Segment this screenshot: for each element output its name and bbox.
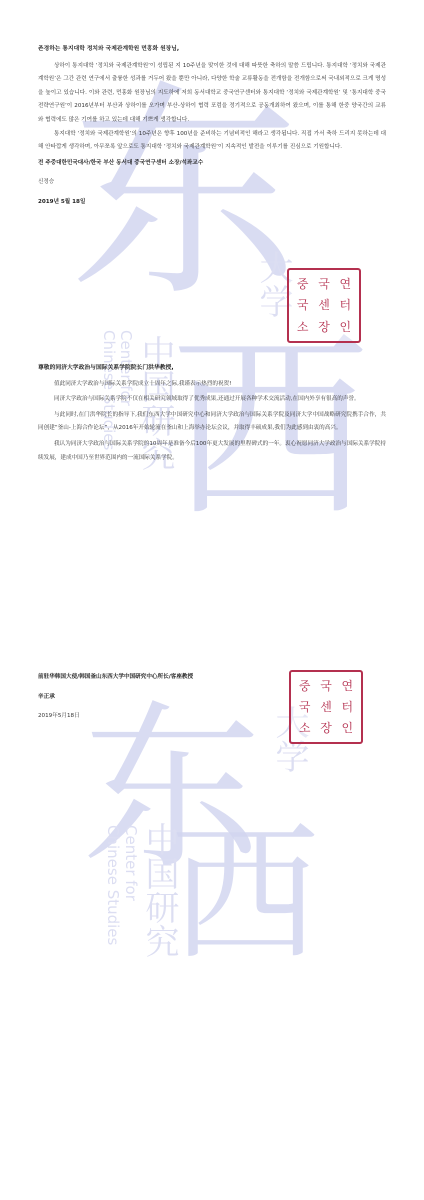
- seal-char: 국: [313, 273, 334, 295]
- seal-char: 센: [313, 295, 334, 317]
- seal-char: 국: [292, 295, 313, 317]
- chinese-letter: 尊敬的同济大学政治与国际关系学院院长门洪华教授, 值此同济大学政治与国际关系学院…: [38, 362, 386, 465]
- chinese-paragraph-3: 与此同时,在门洪华院长的指导下,我们东西大学中国研究中心和同济大学政治与国际关系…: [38, 409, 386, 436]
- letter-document: 존경하는 통지대학 정치와 국제관계학원 먼홍화 원장님, 상하이 통지대학 ‘…: [0, 0, 424, 1200]
- seal-char: 중: [294, 675, 315, 696]
- korean-salutation: 존경하는 통지대학 정치와 국제관계학원 먼홍화 원장님,: [38, 43, 386, 57]
- korean-date: 2019년 5월 18일: [38, 197, 386, 207]
- chinese-paragraph-4: 我认为同济大学政治与国际关系学院的10周年是准备今后100年更大发展的里程碑式的…: [38, 438, 386, 465]
- seal-stamp-1: 중 국 연 국 센 터 소 장 인: [287, 268, 361, 343]
- seal-char: 인: [335, 316, 356, 338]
- seal-char: 장: [315, 718, 336, 739]
- seal-char: 중: [292, 273, 313, 295]
- korean-signature-name: 신정승: [38, 177, 386, 187]
- seal-char: 센: [315, 696, 336, 717]
- seal-char: 국: [294, 696, 315, 717]
- chinese-paragraph-2: 同济大学政治与国际关系学院不仅在相关研究领域取得了优秀成果,还通过开展各种学术交…: [38, 393, 386, 407]
- seal-char: 연: [335, 273, 356, 295]
- seal-char: 소: [294, 718, 315, 739]
- chinese-paragraph-1: 值此同济大学政治与国际关系学院成立十周年之际,我谨表示热烈的祝贺!: [38, 378, 386, 392]
- korean-letter: 존경하는 통지대학 정치와 국제관계학원 먼홍화 원장님, 상하이 통지대학 ‘…: [38, 43, 386, 216]
- korean-signature-title: 전 주중대한민국대사/한국 부산 동서대 중국연구센터 소장/석좌교수: [38, 158, 386, 168]
- korean-paragraph-1: 상하이 통지대학 ‘정치와 국제관계학원’이 성립된 지 10주년을 맞이한 것…: [38, 60, 386, 128]
- seal-stamp-2: 중 국 연 국 센 터 소 장 인: [289, 670, 363, 744]
- seal-char: 인: [337, 718, 358, 739]
- seal-char: 소: [292, 316, 313, 338]
- seal-char: 국: [315, 675, 336, 696]
- seal-char: 터: [337, 696, 358, 717]
- korean-paragraph-2: 통지대학 ‘정치와 국제관계학원’의 10주년은 향후 100년을 준비하는 기…: [38, 128, 386, 155]
- seal-char: 장: [313, 316, 334, 338]
- seal-char: 연: [337, 675, 358, 696]
- chinese-salutation: 尊敬的同济大学政治与国际关系学院院长门洪华教授,: [38, 362, 386, 376]
- seal-char: 터: [335, 295, 356, 317]
